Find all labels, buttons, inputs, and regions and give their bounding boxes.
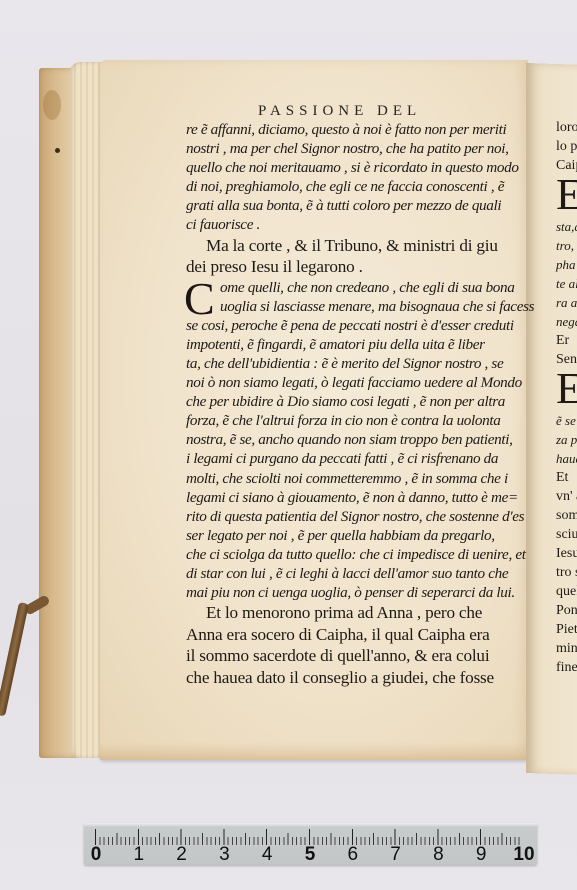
binding-tie (0, 602, 29, 717)
text-line: Pont (556, 601, 577, 620)
text-line: ẽ se (556, 411, 577, 430)
text-line: molti, che sciolti noi commetteremmo , ẽ… (186, 469, 518, 488)
scale-ruler: 0 1 2 3 4 5 6 7 8 9 10 (84, 823, 537, 865)
left-page-text: re ẽ affanni, diciamo, questo à noi è fa… (186, 120, 518, 688)
text-line: somn (556, 506, 577, 525)
ruler-label: 8 (433, 844, 444, 866)
text-line: forza, ẽ che l'altrui forza in cio non è… (186, 411, 518, 430)
drop-cap-letter: E (556, 369, 577, 411)
text-line: ome quelli, che non credeano , che egli … (186, 278, 518, 297)
text-line: tro st (556, 563, 577, 582)
ruler-ticks (95, 829, 523, 845)
text-line: legami ci siano à giouamento, ẽ non à da… (186, 488, 518, 507)
ruler-label: 0 (91, 844, 102, 866)
text-line: vn' al (556, 487, 577, 506)
text-line: di star con lui , ẽ ci leghi à lacci del… (186, 564, 518, 583)
text-line: Iesu n (556, 544, 577, 563)
text-line: ci fauorisce . (186, 215, 518, 234)
ruler-label: 7 (390, 844, 401, 866)
text-line: Er (556, 331, 577, 350)
text-line: mini (556, 639, 577, 658)
text-line: di noi, preghiamolo, che egli ce ne facc… (186, 177, 518, 196)
text-line: re ẽ affanni, diciamo, questo à noi è fa… (186, 120, 518, 139)
text-line: haues (556, 449, 577, 468)
text-line: Et (556, 468, 577, 487)
text-line: za pa (556, 430, 577, 449)
text-line: ra al (556, 293, 577, 312)
ruler-label: 1 (134, 844, 145, 866)
text-line: loro (556, 118, 577, 137)
text-line: fine . (556, 658, 577, 677)
cover-stain (43, 90, 61, 120)
text-line: rito di questa patientia del Signor nost… (186, 507, 518, 526)
ruler-label: 4 (262, 844, 273, 866)
text-line: uoglia si lasciasse menare, ma bisognaua… (186, 297, 518, 316)
running-head: PASSIONE DEL (258, 103, 421, 120)
cover-hole (55, 148, 60, 153)
text-line: ta, che dell'ubidientia : ẽ è merito del… (186, 354, 518, 373)
right-page-text: loro lo p Caip E sta,ch tro, s pha fu te… (556, 118, 577, 677)
ruler-label: 9 (476, 844, 487, 866)
text-line: te alla (556, 274, 577, 293)
text-line: quello che noi meritauamo , si è ricorda… (186, 158, 518, 177)
text-line: impotenti, ẽ fingardi, ẽ amatori piu del… (186, 335, 518, 354)
text-line: sta,ch (556, 217, 577, 236)
text-line: dei preso Iesu il legarono . (186, 256, 518, 278)
text-line: i legami ci purgano da peccati fatti , ẽ… (186, 449, 518, 468)
text-line: nostri , ma per chel Signor nostro, che … (186, 139, 518, 158)
text-line: che hauea dato il conseglio a giudei, ch… (186, 667, 518, 689)
text-line: che ci sciolga da tutto quello: che ci i… (186, 545, 518, 564)
ruler-label: 5 (305, 844, 316, 866)
text-line: ser legato per noi , ẽ per quella habbia… (186, 526, 518, 545)
text-line: sciuro (556, 525, 577, 544)
drop-cap-letter: C (184, 279, 215, 319)
ruler-label: 3 (219, 844, 230, 866)
text-line: pha fu (556, 255, 577, 274)
text-line: Anna era socero di Caipha, il qual Caiph… (186, 624, 518, 646)
text-line: il sommo sacerdote di quell'anno, & era … (186, 645, 518, 667)
text-line: Ma la corte , & il Tribuno, & ministri d… (186, 235, 518, 257)
text-line: noi ò non siamo legati, ò legati facciam… (186, 373, 518, 392)
text-line: grati alla sua bonta, ẽ à tutti coloro p… (186, 196, 518, 215)
text-line: lo p (556, 137, 577, 156)
text-line: negat (556, 312, 577, 331)
drop-cap-paragraph: C ome quelli, che non credeano , che egl… (186, 278, 518, 316)
ruler-label: 6 (348, 844, 359, 866)
text-line: nostra, ẽ se, ancho quando non siam trop… (186, 430, 518, 449)
scan-scene: PASSIONE DEL re ẽ affanni, diciamo, ques… (0, 0, 577, 890)
text-line: quell (556, 582, 577, 601)
text-line: che per ubidire à Dio siamo cosi legati … (186, 392, 518, 411)
ruler-label: 2 (176, 844, 187, 866)
ruler-label: 10 (513, 844, 534, 866)
drop-cap-letter: E (556, 175, 577, 217)
text-line: Pietr (556, 620, 577, 639)
text-line: tro, s (556, 236, 577, 255)
text-line: Et lo menorono prima ad Anna , pero che (186, 602, 518, 624)
text-line: se cosi, peroche ẽ pena de peccati nostr… (186, 316, 518, 335)
text-line: mai piu non ci uenga uoglia, ò penser di… (186, 583, 518, 602)
